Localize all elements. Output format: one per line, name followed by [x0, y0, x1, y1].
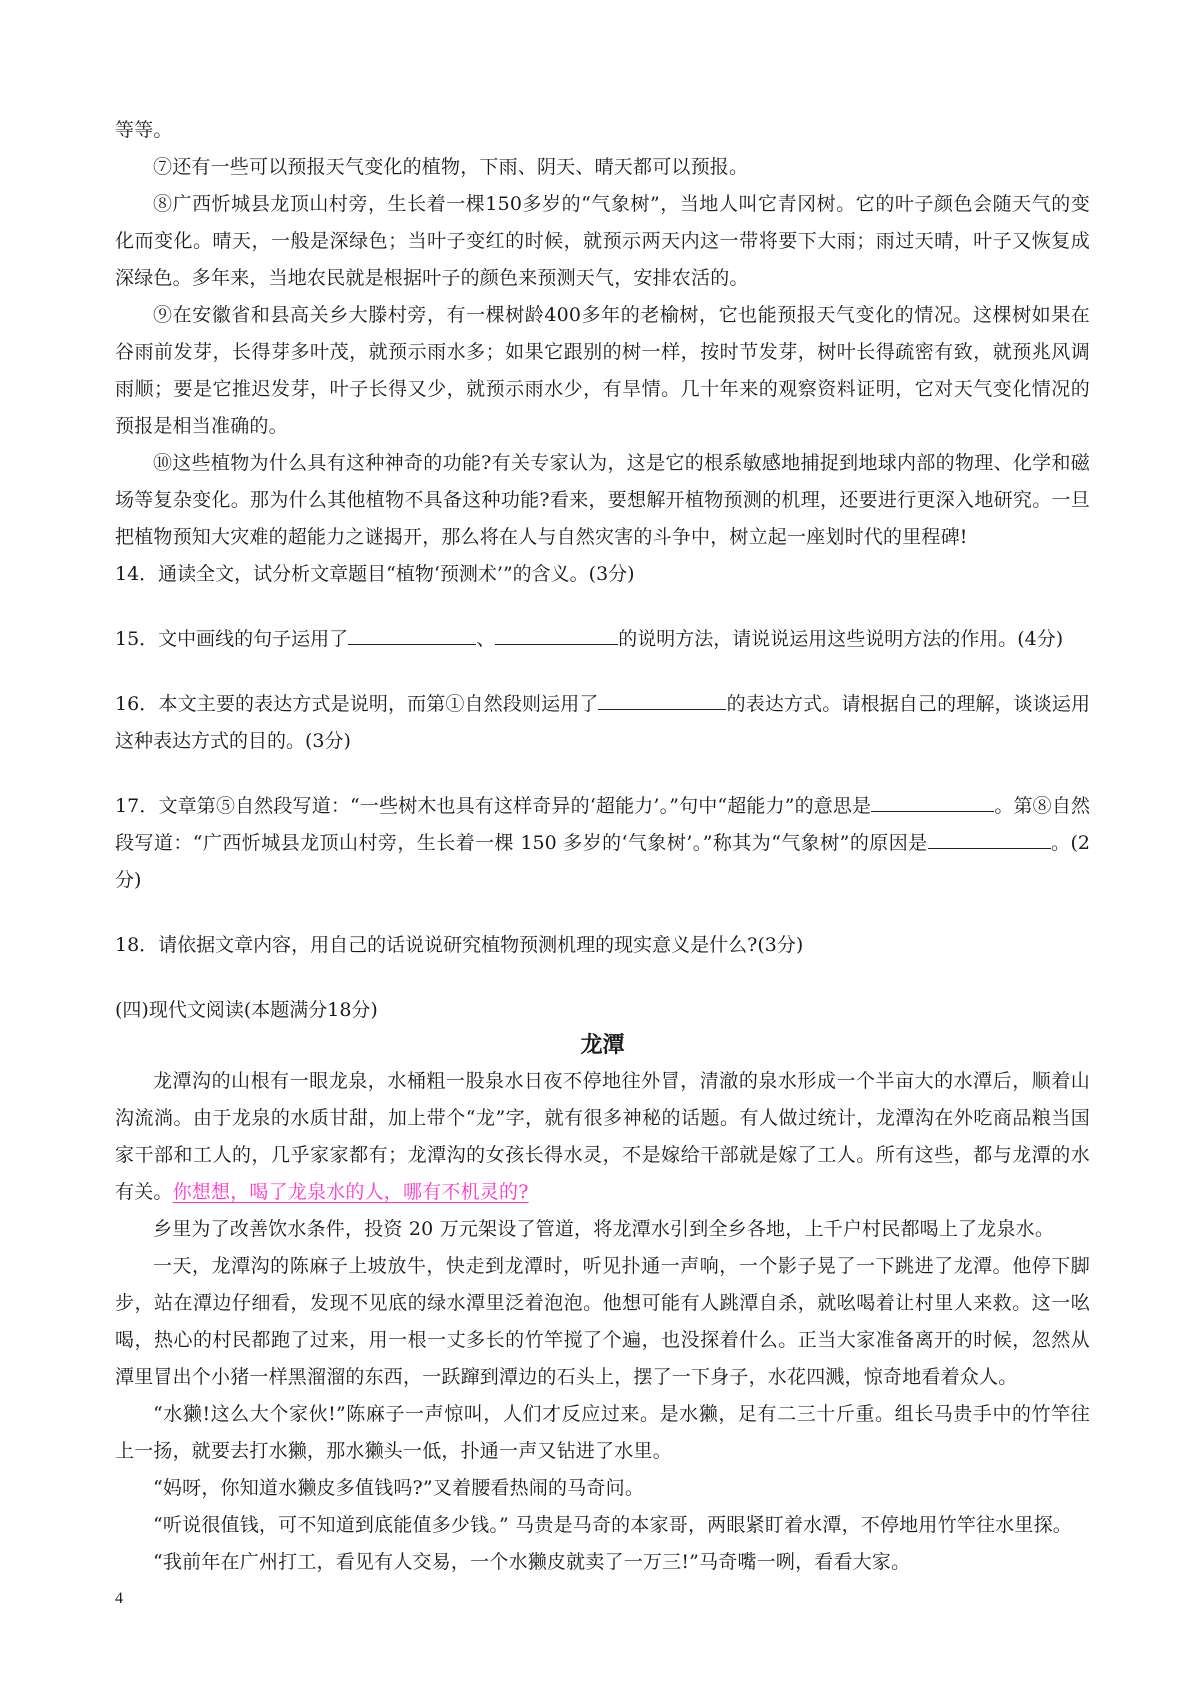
question-15: 15．文中画线的句子运用了、的说明方法，请说说运用这些说明方法的作用。(4分): [115, 621, 1090, 658]
longtan-paragraph-7: “我前年在广州打工，看见有人交易，一个水獭皮就卖了一万三!”马奇嘴一咧，看看大家…: [115, 1544, 1090, 1581]
question-16-text-a: 16．本文主要的表达方式是说明，而第①自然段则运用了: [115, 693, 598, 715]
paragraph-continuation: 等等。: [115, 112, 1090, 149]
longtan-paragraph-4: “水獭!这么大个家伙!”陈麻子一声惊叫，人们才反应过来。是水獭，足有二三十斤重。…: [115, 1396, 1090, 1470]
section-heading: (四)现代文阅读(本题满分18分): [115, 992, 1090, 1029]
longtan-paragraph-6: “听说很值钱，可不知道到底能值多少钱。” 马贵是马奇的本家哥，两眼紧盯着水潭，不…: [115, 1507, 1090, 1544]
passage-longtan: 龙潭沟的山根有一眼龙泉，水桶粗一股泉水日夜不停地往外冒，清澈的泉水形成一个半亩大…: [115, 1063, 1090, 1581]
answer-blank-15-1[interactable]: [348, 622, 476, 645]
answer-blank-17-2[interactable]: [928, 826, 1051, 849]
answer-blank-17-1[interactable]: [871, 789, 994, 812]
longtan-paragraph-2: 乡里为了改善饮水条件，投资 20 万元架设了管道，将龙潭水引到全乡各地，上千户村…: [115, 1211, 1090, 1248]
paragraph-9: ⑨在安徽省和县高关乡大滕村旁，有一棵树龄400多年的老榆树，它也能预报天气变化的…: [115, 297, 1090, 445]
question-18: 18．请依据文章内容，用自己的话说说研究植物预测机理的现实意义是什么?(3分): [115, 927, 1090, 964]
question-17: 17．文章第⑤自然段写道：“一些树木也具有这样奇异的‘超能力’。”句中“超能力”…: [115, 788, 1090, 899]
paragraph-8: ⑧广西忻城县龙顶山村旁，生长着一棵150多岁的“气象树”，当地人叫它青冈树。它的…: [115, 186, 1090, 297]
document-page: 等等。 ⑦还有一些可以预报天气变化的植物，下雨、阴天、晴天都可以预报。 ⑧广西忻…: [115, 112, 1090, 1581]
question-15-text-a: 15．文中画线的句子运用了: [115, 628, 348, 650]
paragraph-7: ⑦还有一些可以预报天气变化的植物，下雨、阴天、晴天都可以预报。: [115, 149, 1090, 186]
answer-blank-15-2[interactable]: [495, 622, 618, 645]
highlighted-sentence: 你想想，喝了龙泉水的人，哪有不机灵的?: [173, 1181, 529, 1203]
question-15-text-b: 的说明方法，请说说运用这些说明方法的作用。(4分): [618, 628, 1063, 650]
longtan-paragraph-3: 一天，龙潭沟的陈麻子上坡放牛，快走到龙潭时，听见扑通一声响，一个影子晃了一下跳进…: [115, 1248, 1090, 1396]
longtan-paragraph-5: “妈呀，你知道水獭皮多值钱吗?”叉着腰看热闹的马奇问。: [115, 1470, 1090, 1507]
question-15-separator: 、: [476, 628, 495, 650]
passage-plant-prediction: 等等。 ⑦还有一些可以预报天气变化的植物，下雨、阴天、晴天都可以预报。 ⑧广西忻…: [115, 112, 1090, 556]
question-14: 14．通读全文，试分析文章题目“植物‘预测术’”的含义。(3分): [115, 556, 1090, 593]
question-17-text-a: 17．文章第⑤自然段写道：“一些树木也具有这样奇异的‘超能力’。”句中“超能力”…: [115, 795, 871, 817]
longtan-paragraph-1: 龙潭沟的山根有一眼龙泉，水桶粗一股泉水日夜不停地往外冒，清澈的泉水形成一个半亩大…: [115, 1063, 1090, 1211]
page-number: 4: [115, 1590, 123, 1608]
article-title: 龙潭: [115, 1029, 1090, 1063]
paragraph-10: ⑩这些植物为什么具有这种神奇的功能?有关专家认为，这是它的根系敏感地捕捉到地球内…: [115, 445, 1090, 556]
answer-blank-16[interactable]: [598, 687, 726, 710]
question-16: 16．本文主要的表达方式是说明，而第①自然段则运用了的表达方式。请根据自己的理解…: [115, 686, 1090, 760]
